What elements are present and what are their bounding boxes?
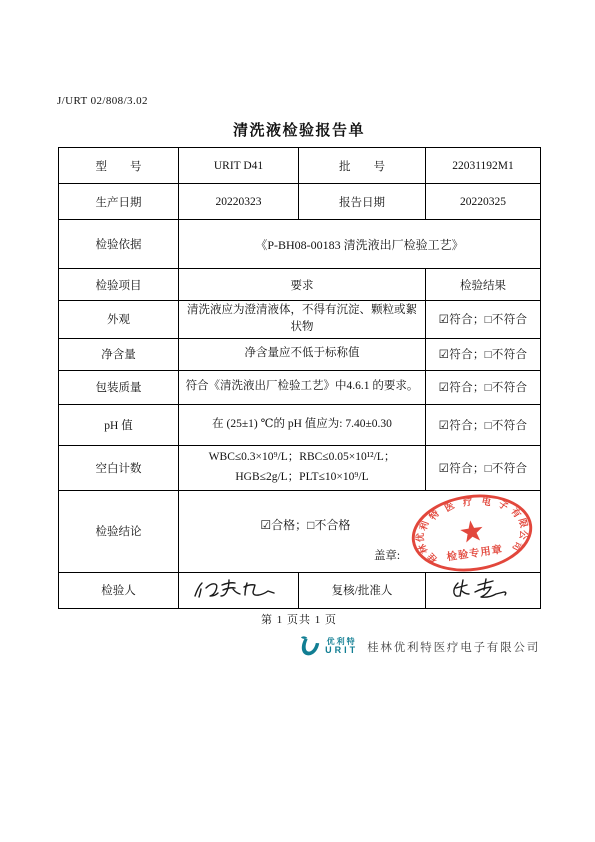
net-content-requirement: 净含量应不低于标称值 xyxy=(179,338,426,370)
table-row-net-content: 净含量 净含量应不低于标称值 ☑符合；□不符合 xyxy=(59,338,541,370)
table-row-conclusion: 检验结论 ☑合格；□不合格 盖章: xyxy=(59,490,541,572)
seal-prompt: 盖章: xyxy=(374,547,400,563)
ph-requirement: 在 (25±1) ℃的 pH 值应为: 7.40±0.30 xyxy=(179,404,426,445)
table-row-basis: 检验依据 《P-BH08-00183 清洗液出厂检验工艺》 xyxy=(59,220,541,269)
urit-logo-text: 优利特 URIT xyxy=(325,638,358,656)
document-number: J/URT 02/808/3.02 xyxy=(57,95,148,107)
batch-value: 22031192M1 xyxy=(426,148,541,184)
logo-english-name: URIT xyxy=(325,646,358,655)
blank-count-requirement: WBC≤0.3×10⁹/L；RBC≤0.05×10¹²/L；HGB≤2g/L；P… xyxy=(179,445,426,490)
report-date-label: 报告日期 xyxy=(299,184,426,220)
table-row-dates: 生产日期 20220323 报告日期 20220325 xyxy=(59,184,541,220)
packaging-result: ☑符合；□不符合 xyxy=(426,370,541,404)
appearance-requirement: 清洗液应为澄清液体，不得有沉淀、颗粒或絮状物 xyxy=(179,301,426,339)
net-content-label: 净含量 xyxy=(59,338,179,370)
packaging-label: 包装质量 xyxy=(59,370,179,404)
conclusion-result: ☑合格；□不合格 xyxy=(179,516,432,533)
production-date-label: 生产日期 xyxy=(59,184,179,220)
urit-logo-icon xyxy=(298,635,322,659)
table-row-model-batch: 型 号 URIT D41 批 号 22031192M1 xyxy=(59,148,541,184)
table-row-blank-count: 空白计数 WBC≤0.3×10⁹/L；RBC≤0.05×10¹²/L；HGB≤2… xyxy=(59,445,541,490)
model-label: 型 号 xyxy=(59,148,179,184)
company-name: 桂林优利特医疗电子有限公司 xyxy=(367,639,540,655)
blank-count-result: ☑符合；□不符合 xyxy=(426,445,541,490)
blank-count-label: 空白计数 xyxy=(59,445,179,490)
column-item: 检验项目 xyxy=(59,269,179,301)
table-row-ph: pH 值 在 (25±1) ℃的 pH 值应为: 7.40±0.30 ☑符合；□… xyxy=(59,404,541,445)
page-title: 清洗液检验报告单 xyxy=(58,119,540,140)
batch-label: 批 号 xyxy=(299,148,426,184)
model-value: URIT D41 xyxy=(179,148,299,184)
packaging-requirement: 符合《清洗液出厂检验工艺》中4.6.1 的要求。 xyxy=(179,370,426,404)
reviewer-signature xyxy=(448,576,518,604)
report-table: 型 号 URIT D41 批 号 22031192M1 生产日期 2022032… xyxy=(58,147,541,609)
column-result: 检验结果 xyxy=(426,269,541,301)
inspector-signature-cell xyxy=(179,572,299,608)
table-row-appearance: 外观 清洗液应为澄清液体，不得有沉淀、颗粒或絮状物 ☑符合；□不符合 xyxy=(59,301,541,339)
report-date-value: 20220325 xyxy=(426,184,541,220)
conclusion-label: 检验结论 xyxy=(59,490,179,572)
ph-result: ☑符合；□不符合 xyxy=(426,404,541,445)
basis-label: 检验依据 xyxy=(59,220,179,269)
page-number: 第 1 页共 1 页 xyxy=(58,611,540,627)
appearance-label: 外观 xyxy=(59,301,179,339)
company-footer: 优利特 URIT 桂林优利特医疗电子有限公司 xyxy=(298,635,540,659)
table-row-columns: 检验项目 要求 检验结果 xyxy=(59,269,541,301)
column-requirement: 要求 xyxy=(179,269,426,301)
net-content-result: ☑符合；□不符合 xyxy=(426,338,541,370)
table-row-packaging: 包装质量 符合《清洗液出厂检验工艺》中4.6.1 的要求。 ☑符合；□不符合 xyxy=(59,370,541,404)
ph-label: pH 值 xyxy=(59,404,179,445)
report-page: J/URT 02/808/3.02 清洗液检验报告单 型 号 URIT D41 … xyxy=(0,0,595,842)
inspector-label: 检验人 xyxy=(59,572,179,608)
reviewer-signature-cell xyxy=(426,572,541,608)
basis-value: 《P-BH08-00183 清洗液出厂检验工艺》 xyxy=(179,220,541,269)
reviewer-label: 复核/批准人 xyxy=(299,572,426,608)
production-date-value: 20220323 xyxy=(179,184,299,220)
conclusion-cell: ☑合格；□不合格 盖章: xyxy=(179,490,541,572)
table-row-signoff: 检验人 复核/批准人 xyxy=(59,572,541,608)
appearance-result: ☑符合；□不符合 xyxy=(426,301,541,339)
urit-logo: 优利特 URIT xyxy=(298,635,358,659)
inspector-signature xyxy=(189,577,289,603)
